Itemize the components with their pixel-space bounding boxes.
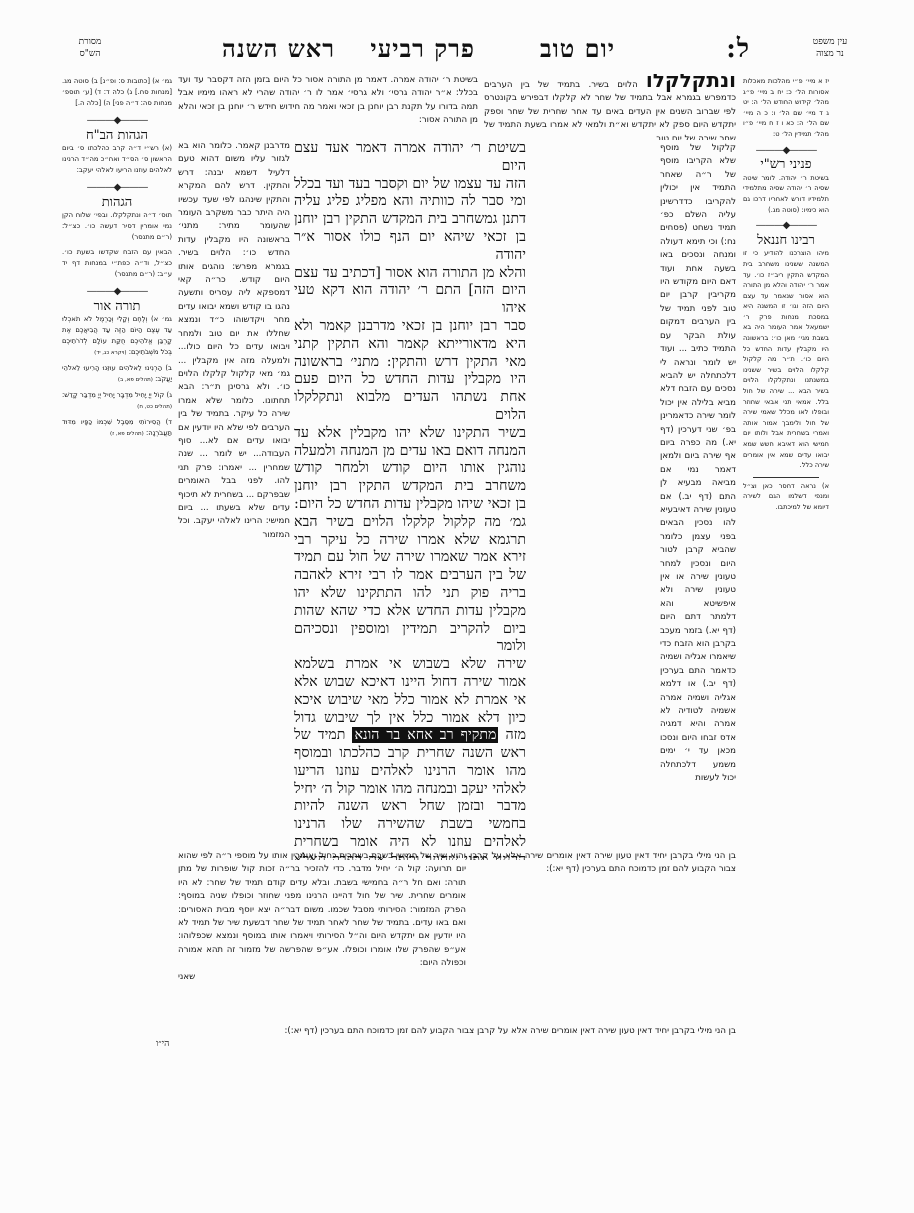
rashi-text-top: בשיטת ר׳ יהודה אמרה. דאמר מן התורה אסור … — [178, 75, 478, 125]
hagahot-item: תוס׳ ד״ה ונתקלקלו. ובפי׳ שלוח הקן נמי או… — [62, 210, 172, 243]
gemara-line: ביום להקריב תמידין ומוספין ונסכיהם ולומר — [294, 621, 526, 657]
hagahot-habach-title: הגהות הב"ח — [62, 130, 172, 141]
gemara-line: כיון דלא אמור כלל אין לך שיבוש גדול — [294, 710, 526, 728]
mesoret-hashas-text: גמ׳ א) [כתובות ס: ופ״נ] ב) סוטה מג. [מנח… — [62, 76, 172, 109]
rashi-text-bottom: והוא שיר של חמישי בשבת בשחרית כחול ואומר… — [178, 851, 466, 968]
torah-or-item: גמ׳ א) וְלֶחֶם וְקָלִי וְכַרְמֶל לֹא תֹא… — [62, 314, 172, 359]
left-margin-column: גמ׳ א) [כתובות ס: ופ״נ] ב) סוטה מג. [מנח… — [62, 76, 172, 696]
tosafot-text-column: קלקול של מוסף שלא הקריבו מוסף של ר״ה שאח… — [660, 143, 736, 783]
rabbeinu-chananel-text: מיהו הוצרכנו להודיע כי זו המשנה ששנינו מ… — [743, 248, 829, 470]
ein-mishpat-label: עין משפט נר מצוה — [800, 36, 860, 60]
gemara-line: זירא אמר שאמרו שירה של חול עם תמיד — [294, 549, 526, 567]
gemara-line: לאלהי יעקב ובמנחה מהו אומר קול ה׳ יחיל — [294, 781, 526, 799]
tosafot-dibbur-hamatchil: ונתקלקלו — [646, 74, 736, 92]
gemara-line: בריה פוק תני להו התתקינו שלא יהו — [294, 585, 526, 603]
gemara-line: סבר רבן יוחנן בן זכאי מדרבנן קאמר ולא — [294, 318, 526, 336]
daf-number: ל: — [726, 34, 750, 64]
torah-or-title: תורה אור — [62, 301, 172, 312]
gemara-line: משחרב בית המקדש התקין רבן יוחנן — [294, 478, 526, 496]
gemara-line: מזה מתקיף רב אחא בר הונא תמיד של — [294, 727, 526, 745]
tosafot-column: קלקול של מוסף שלא הקריבו מוסף של ר״ה שאח… — [660, 142, 736, 846]
hagahot-title: הגהות — [62, 197, 172, 208]
gemara-line: מדבר ובזמן שחל ראש השנה להיות — [294, 798, 526, 816]
gemara-line: היא מדאורייתא קאמר והא התקין קתני — [294, 336, 526, 354]
ornament-divider: ———◆——— — [62, 286, 172, 297]
talmud-page: עין משפט נר מצוה ל: יום טוב פרק רביעי רא… — [0, 0, 914, 1213]
gemara-line: גמ׳ מה קלקול קלקלו הלוים בשיר הבא — [294, 514, 526, 532]
rashi-text-column: מדרבנן קאמר. כלומר הוא בא לגזור עליו משו… — [178, 141, 290, 540]
gemara-line: המנחה דואם באו עדים מן המנחה ולמעלה — [294, 443, 526, 461]
tosafot-closing-text: בן הני מילי בקרבן יחיד דאין טעון שירה דא… — [284, 1026, 736, 1036]
ornament-divider: ———◆——— — [743, 146, 829, 157]
gemara-line: אחת נשתהו העדים מלבוא ונתקלקלו הלוים — [294, 389, 526, 425]
gemara-line: מאי התקין דרש והתקין: מתני׳ בראשונה — [294, 354, 526, 372]
hagahot-habach-text: (א) רש״י ד״ה קרב כהלכתו ס׳ ביום הראשון ס… — [62, 143, 172, 176]
footer-signature: הי״ו — [156, 1038, 169, 1049]
gemara-line: היום הזה] התם ר׳ יהודה הוא דקא טעי איהו — [294, 282, 526, 318]
gemara-line: בשיטת ר׳ יהודה אמרה דאמר אעד עצם היום — [294, 140, 526, 176]
penei-rashi-title: פניני רש"י — [743, 160, 829, 171]
rashi-top: בשיטת ר׳ יהודה אמרה. דאמר מן התורה אסור … — [178, 74, 478, 138]
verse-ref: (תהלים פא, ז) — [110, 431, 144, 437]
footnote-rule — [753, 477, 819, 478]
gemara-line: הזה עד עצמו של יום וקסבר בעד ועד בכלל — [294, 176, 526, 194]
tosafot-final-line: בן הני מילי בקרבן יחיד דאין טעון שירה דא… — [176, 1025, 736, 1041]
gemara-line: שירה שלא בשבוש אי אמרת בשלמא — [294, 656, 526, 674]
gemara-line: היו מקבלין עדות החדש כל היום פעם — [294, 371, 526, 389]
ornament-divider: ———◆——— — [743, 221, 829, 232]
gemara-line: ומי סבר לה כוותיה והא מפליג פליג עליה — [294, 193, 526, 211]
gemara-line: אמור שירה דחול היינו דאיכא שבוש אלא — [294, 674, 526, 692]
hagahot-item: הבאין עם הזבח שקדשו בשעת כו׳. כצ״ל, וד״ה… — [62, 247, 172, 280]
gemara-line: נוהגין אותו היום קודש ולמחר קודש — [294, 460, 526, 478]
gemara-text: בשיטת ר׳ יהודה אמרה דאמר אעד עצם היוםהזה… — [294, 140, 526, 860]
torah-or-item: ג) קוֹל יְיָ יָחִיל מִדְבָּר יָחִיל יְיָ… — [62, 390, 172, 413]
chapter-name: יום טוב — [540, 34, 615, 64]
gemara-line: בשיר התקינו שלא יהו מקבלין אלא עד — [294, 425, 526, 443]
gemara-line: בן זכאי שיהא יום הנף כולו אסור א״ר יהודה — [294, 229, 526, 265]
right-margin-column: יז א מיי׳ פ״י מהלכות מאכלות אסורות הל׳ כ… — [743, 76, 829, 966]
tractate-title: ראש השנה — [222, 34, 335, 64]
verse-text: ג) קוֹל יְיָ יָחִיל מִדְבָּר יָחִיל יְיָ… — [62, 391, 172, 399]
torah-or-item: ב) הַרְנִינוּ לֵאלֹהִים עוּזֵּנוּ הָרִיע… — [62, 363, 172, 386]
gemara-line: תרגמא שלא אמרו שירה כל עיקר רבי — [294, 532, 526, 550]
gemara-line: דתנן גמשחרב בית המקדש התקין רבן יוחנן — [294, 211, 526, 229]
gemara-line: ראש השנה שחרית קרב כהלכתו ובמוסף — [294, 745, 526, 763]
chapter-number: פרק רביעי — [370, 34, 475, 64]
ornament-divider: ———◆——— — [62, 115, 172, 126]
rashi-bottom: והוא שיר של חמישי בשבת בשחרית כחול ואומר… — [178, 850, 466, 1040]
rashi-catchword: שאני — [178, 971, 466, 984]
ornament-divider: ———◆——— — [62, 182, 172, 193]
gemara-line: בחמשי בשבת שהשירה שלו הרנינו — [294, 816, 526, 834]
mesoret-label: מסורת הש"ס — [60, 36, 120, 60]
gemara-line: מהו אומר הרנינו לאלהים עוזנו הריעו — [294, 763, 526, 781]
verse-ref: (ויקרא כג, יד) — [94, 350, 126, 356]
verse-ref: (תהלים כט, ח) — [137, 404, 172, 410]
gemara-line: בן זכאי שיהו מקבלין עדות החדש כל היום: — [294, 496, 526, 514]
page-header: עין משפט נר מצוה ל: יום טוב פרק רביעי רא… — [60, 34, 860, 68]
tosafot-top: ונתקלקלו הלוים בשיר. בתמיד של בין הערבים… — [484, 74, 736, 140]
rabbeinu-chananel-footnote: א) נראה דחסר כאן וצ״ל ומנפי דשלמו הגם לש… — [743, 481, 829, 513]
tosafot-bottom: קלקול של מוסף שלא הקריבו מוסף של ר״ה שאח… — [470, 850, 736, 1024]
gemara-line: של בין הערבים אמר לו רבי זירא לאהבה — [294, 567, 526, 585]
highlighted-phrase[interactable]: מתקיף רב אחא בר הונא — [352, 727, 498, 743]
gemara-line: מקבלין עדות החדש אלא כדי שהא שהות — [294, 603, 526, 621]
tosafot-text-bottom: בן הני מילי בקרבן יחיד דאין טעון שירה דא… — [470, 851, 736, 874]
torah-or-item: ד) הֲסִירוֹתִי מִסֵּבֶל שִׁכְמוֹ כַּפָּי… — [62, 417, 172, 440]
rabbeinu-chananel-title: רבינו חננאל — [743, 236, 829, 247]
gemara-line: אי אמרת לא אמור כלל מאי שיבוש איכא — [294, 692, 526, 710]
gemara-line: והלא מן התורה הוא אסור [דכתיב עד עצם — [294, 265, 526, 283]
rashi-column: מדרבנן קאמר. כלומר הוא בא לגזור עליו משו… — [178, 140, 290, 842]
ein-mishpat-text: יז א מיי׳ פ״י מהלכות מאכלות אסורות הל׳ כ… — [743, 76, 829, 140]
verse-ref: (תהלים פא, ב) — [118, 377, 153, 383]
penei-rashi-text: בשיטת ר׳ יהודה. לומר שיטה שסיה ר׳ יהודה … — [743, 173, 829, 215]
